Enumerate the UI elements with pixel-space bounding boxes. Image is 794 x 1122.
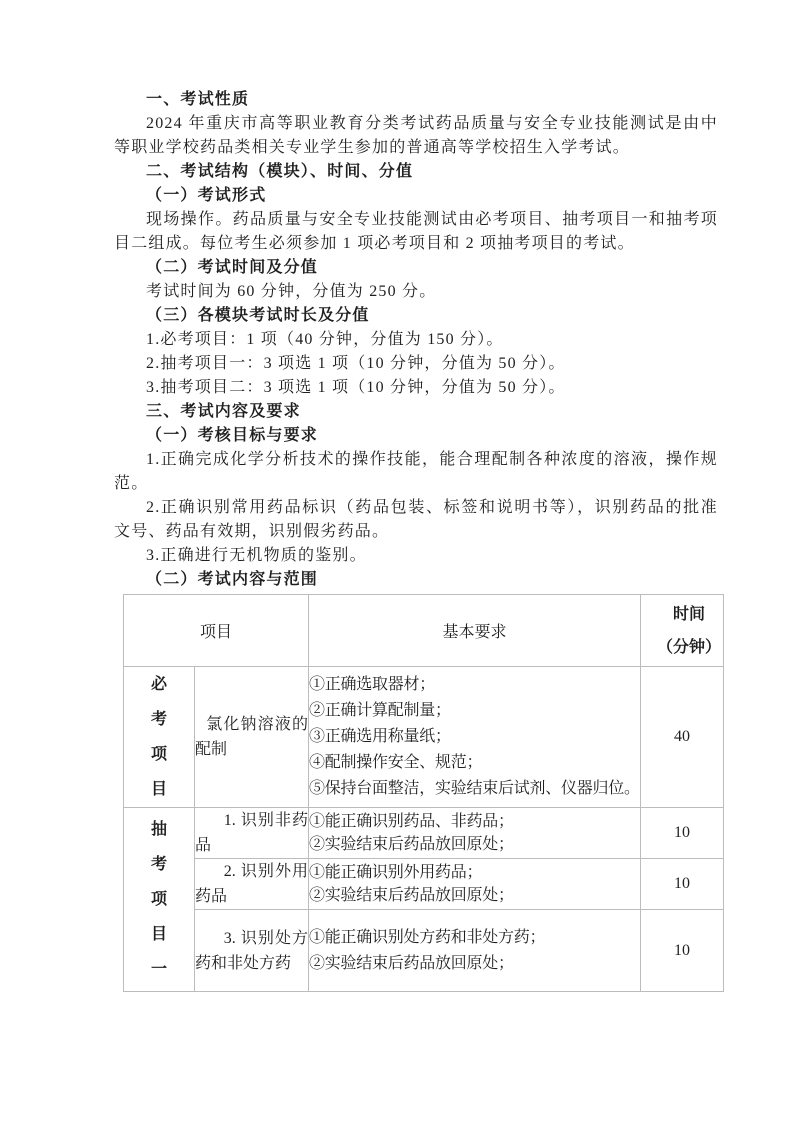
time-cell-identify-external-drug: 10 [641,859,724,910]
heading-content-scope: （二）考试内容与范围 [114,568,718,592]
time-cell-identify-prescription-drug: 10 [641,910,724,992]
table-row-identify-external-drug: 2. 识别外用药品 ①能正确识别外用药品； ②实验结束后药品放回原处； 10 [124,859,724,910]
column-header-requirements: 基本要求 [309,595,641,667]
category-cell-draw-project-1: 抽考项目一 [124,808,195,992]
column-header-time-line2: （分钟） [641,631,723,664]
list-item-required-project: 1.必考项目：1 项（40 分钟，分值为 150 分）。 [114,328,718,352]
time-cell-identify-nondrug: 10 [641,808,724,859]
table-row-required-project: 必考项目 氯化钠溶液的配制 ①正确选取器材； ②正确计算配制量； ③正确选用称量… [124,667,724,808]
paragraph-exam-form: 现场操作。药品质量与安全专业技能测试由必考项目、抽考项目一和抽考项目二组成。每位… [114,208,718,256]
category-label-draw-project-1: 抽考项目一 [151,812,168,987]
document-page: 一、考试性质 2024 年重庆市高等职业教育分类考试药品质量与安全专业技能测试是… [0,0,794,1122]
requirements-cell-identify-prescription-drug: ①能正确识别处方药和非处方药； ②实验结束后药品放回原处； [309,910,641,992]
heading-assessment-goals: （一）考核目标与要求 [114,424,718,448]
item-cell-nacl-solution: 氯化钠溶液的配制 [195,667,309,808]
heading-time-score: （二）考试时间及分值 [114,256,718,280]
list-item-draw-project-2: 3.抽考项目二：3 项选 1 项（10 分钟，分值为 50 分）。 [114,376,718,400]
table-header-row: 项目 基本要求 时间 （分钟） [124,595,724,667]
table-row-identify-nondrug: 抽考项目一 1. 识别非药品 ①能正确识别药品、非药品； ②实验结束后药品放回原… [124,808,724,859]
heading-content-requirements: 三、考试内容及要求 [114,400,718,424]
item-cell-identify-external-drug: 2. 识别外用药品 [195,859,309,910]
time-cell-required: 40 [641,667,724,808]
column-header-project: 项目 [124,595,309,667]
paragraph-goal-2: 2.正确识别常用药品标识（药品包装、标签和说明书等），识别药品的批准文号、药品有… [114,496,718,544]
table-row-identify-prescription-drug: 3. 识别处方药和非处方药 ①能正确识别处方药和非处方药； ②实验结束后药品放回… [124,910,724,992]
paragraph-goal-3: 3.正确进行无机物质的鉴别。 [114,544,718,568]
column-header-time-line1: 时间 [641,598,723,631]
item-cell-identify-prescription-drug: 3. 识别处方药和非处方药 [195,910,309,992]
requirements-cell-identify-nondrug: ①能正确识别药品、非药品； ②实验结束后药品放回原处； [309,808,641,859]
requirements-cell-nacl-solution: ①正确选取器材； ②正确计算配制量； ③正确选用称量纸； ④配制操作安全、规范；… [309,667,641,808]
heading-exam-form: （一）考试形式 [114,184,718,208]
exam-content-table: 项目 基本要求 时间 （分钟） 必考项目 氯化钠溶液的配制 ①正确选取器材； ②… [123,594,724,992]
heading-exam-structure: 二、考试结构（模块）、时间、分值 [114,160,718,184]
list-item-draw-project-1: 2.抽考项目一：3 项选 1 项（10 分钟，分值为 50 分）。 [114,352,718,376]
item-cell-identify-nondrug: 1. 识别非药品 [195,808,309,859]
paragraph-time-score: 考试时间为 60 分钟，分值为 250 分。 [114,280,718,304]
heading-module-durations: （三）各模块考试时长及分值 [114,304,718,328]
column-header-time: 时间 （分钟） [641,595,724,667]
paragraph-goal-1: 1.正确完成化学分析技术的操作技能，能合理配制各种浓度的溶液，操作规范。 [114,448,718,496]
category-label-required: 必考项目 [151,667,168,807]
paragraph-intro: 2024 年重庆市高等职业教育分类考试药品质量与安全专业技能测试是由中等职业学校… [114,112,718,160]
heading-exam-nature: 一、考试性质 [114,88,718,112]
category-cell-required: 必考项目 [124,667,195,808]
requirements-cell-identify-external-drug: ①能正确识别外用药品； ②实验结束后药品放回原处； [309,859,641,910]
